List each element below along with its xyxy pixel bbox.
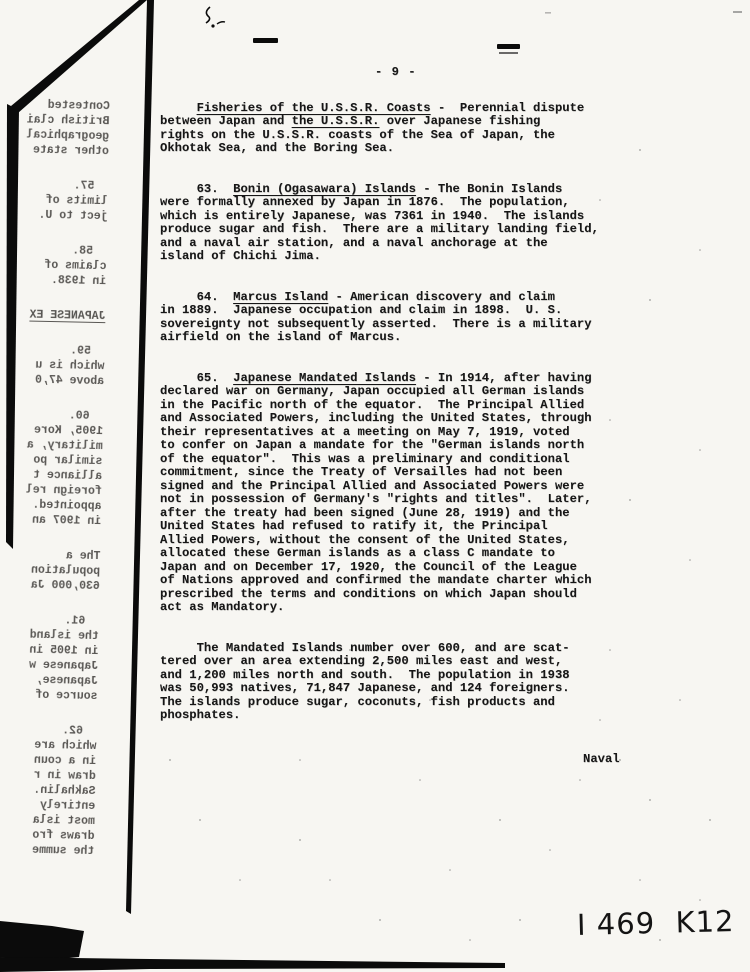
diagonal-page-edge — [11, 0, 147, 113]
paragraph: Fisheries of the U.S.S.R. Coasts - Peren… — [160, 102, 605, 156]
bottom-edge-bar — [0, 957, 505, 972]
text-line: The islands produce sugar, coconuts, fis… — [160, 696, 605, 710]
text-line: commitment, since the Treaty of Versaill… — [160, 466, 605, 480]
bleed-line — [0, 592, 100, 614]
text-line: of the equator". This was a preliminary … — [160, 453, 605, 467]
paragraph: 64. Marcus Island - American discovery a… — [160, 291, 605, 345]
squiggle-mark — [206, 7, 210, 23]
text-line: in 1889. Japanese occupation and claim i… — [160, 304, 605, 318]
top-dash-left — [253, 38, 278, 43]
text-line: their representatives at a meeting on Ma… — [160, 426, 605, 440]
text-line: Okhotak Sea, and the Boring Sea. — [160, 142, 605, 156]
bleed-line — [0, 322, 105, 344]
text-line: allocated these German islands as a clas… — [160, 547, 605, 561]
text-line: sovereignty not subsequently asserted. T… — [160, 318, 605, 332]
paragraph: 65. Japanese Mandated Islands - In 1914,… — [160, 372, 605, 615]
bleed-line: the summe — [0, 842, 94, 859]
text-line: 64. Marcus Island - American discovery a… — [160, 291, 605, 305]
text-line: Japan and on December 17, 1920, the Coun… — [160, 561, 605, 575]
text-line: produce sugar and fish. There are a mili… — [160, 223, 605, 237]
bleed-line — [0, 387, 104, 409]
text-line: United States had refused to ratify it, … — [160, 520, 605, 534]
text-line: were formally annexed by Japan in 1876. … — [160, 196, 605, 210]
text-line: and a naval air station, and a naval anc… — [160, 237, 605, 251]
text-line: to confer on Japan a mandate for the "Ge… — [160, 439, 605, 453]
faint-mark — [733, 11, 742, 13]
top-dash-right — [497, 44, 520, 49]
text-line: between Japan and the U.S.S.R. over Japa… — [160, 115, 605, 129]
paragraph: 63. Bonin (Ogasawara) Islands - The Boni… — [160, 183, 605, 264]
text-line: was 50,993 natives, 71,847 Japanese, and… — [160, 682, 605, 696]
signature-naval: Naval — [160, 753, 605, 767]
text-line: Fisheries of the U.S.S.R. Coasts - Peren… — [160, 102, 605, 116]
text-line: after the treaty had been signed (June 2… — [160, 507, 605, 521]
handwritten-annotation: I 469 K12 — [577, 904, 735, 942]
text-line: rights on the U.S.S.R. coasts of the Sea… — [160, 129, 605, 143]
text-line: 63. Bonin (Ogasawara) Islands - The Boni… — [160, 183, 605, 197]
text-line: prescribed the terms and conditions on w… — [160, 588, 605, 602]
squiggle-dot — [211, 24, 214, 27]
page-number: - 9 - — [160, 66, 605, 80]
document-body: - 9 - Fisheries of the U.S.S.R. Coasts -… — [160, 66, 605, 766]
bleed-line — [0, 157, 109, 179]
page-fold-line — [126, 0, 154, 914]
bottom-left-blob — [0, 921, 84, 961]
text-line: in the Pacific north of the equator. The… — [160, 399, 605, 413]
text-line: which is entirely Japanese, was 7361 in … — [160, 210, 605, 224]
text-line: phosphates. — [160, 709, 605, 723]
paragraph-container: Fisheries of the U.S.S.R. Coasts - Peren… — [160, 102, 605, 723]
top-dash-right-underline — [499, 52, 518, 54]
text-line: and Associated Powers, including the Uni… — [160, 412, 605, 426]
text-line: airfield on the island of Marcus. — [160, 331, 605, 345]
bleed-through-text-column: ContestedBritish claigeographicalother s… — [0, 97, 110, 859]
bleed-line — [0, 287, 106, 309]
text-line: declared war on Germany, Japan occupied … — [160, 385, 605, 399]
scanned-document-page: ContestedBritish claigeographicalother s… — [0, 0, 750, 972]
text-line: and 1,200 miles north and south. The pop… — [160, 669, 605, 683]
faint-mark — [545, 12, 551, 14]
text-line: The Mandated Islands number over 600, an… — [160, 642, 605, 656]
squiggle-tail — [217, 22, 225, 24]
text-line: act as Mandatory. — [160, 601, 605, 615]
bleed-line — [0, 222, 107, 244]
bleed-line — [0, 527, 101, 549]
text-line: of Nations approved and confirmed the ma… — [160, 574, 605, 588]
paragraph: The Mandated Islands number over 600, an… — [160, 642, 605, 723]
text-line: 65. Japanese Mandated Islands - In 1914,… — [160, 372, 605, 386]
text-line: not in possession of Germany's "rights a… — [160, 493, 605, 507]
text-line: tered over an area extending 2,500 miles… — [160, 655, 605, 669]
bleed-line — [0, 702, 97, 724]
text-line: island of Chichi Jima. — [160, 250, 605, 264]
text-line: signed and the Principal Allied and Asso… — [160, 480, 605, 494]
text-line: Allied Powers, without the consent of th… — [160, 534, 605, 548]
